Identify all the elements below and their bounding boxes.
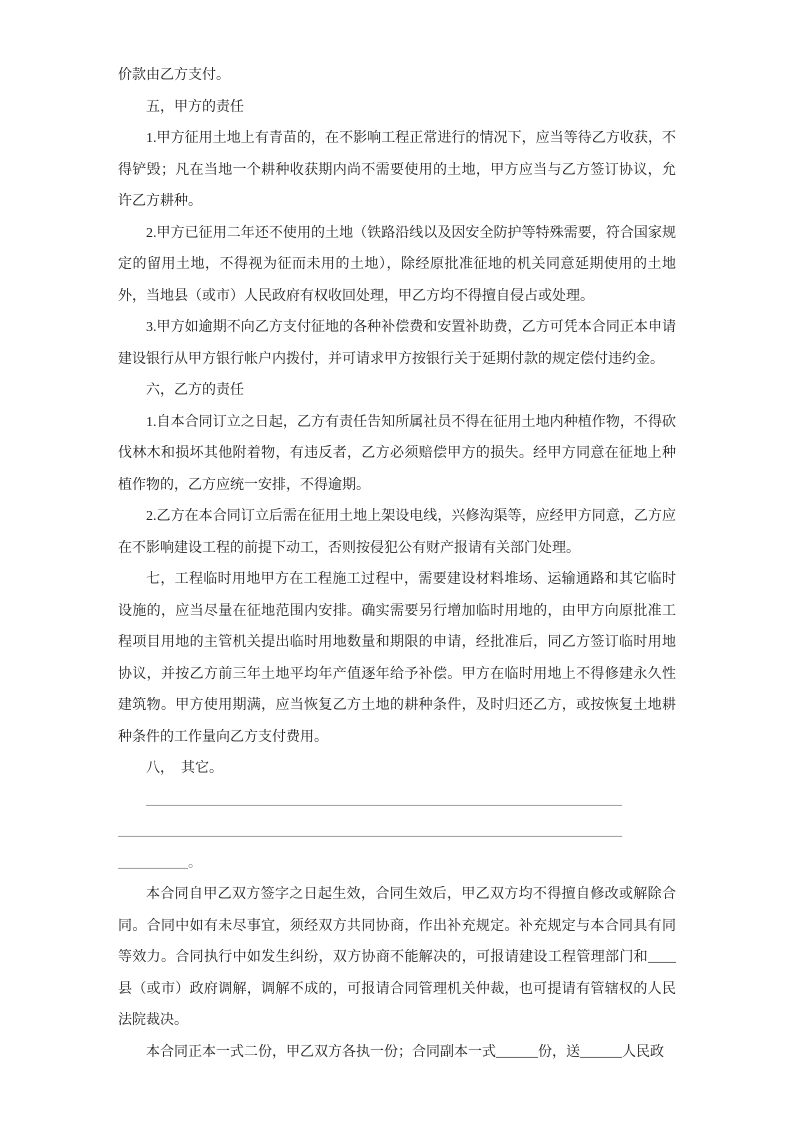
blank-fill-line-3: __________。 — [118, 848, 676, 880]
clause-copies: 本合同正本一式二份，甲乙双方各执一份；合同副本一式______份，送______… — [118, 1037, 676, 1069]
clause-5-2: 2.甲方已征用二年还不使用的土地（铁路沿线以及因安全防护等特殊需要，符合国家规定… — [118, 218, 676, 313]
contract-body: 价款由乙方支付。五，甲方的责任1.甲方征用土地上有青苗的，在不影响工程正常进行的… — [118, 60, 676, 1068]
section-heading-6: 六，乙方的责任 — [118, 375, 676, 407]
section-7-temporary-land: 七，工程临时用地甲方在工程施工过程中，需要建设材料堆场、运输通路和其它临时设施的… — [118, 564, 676, 753]
blank-fill-line-1: ________________________________________… — [118, 785, 676, 817]
clause-effectiveness: 本合同自甲乙双方签字之日起生效，合同生效后，甲乙双方均不得擅自修改或解除合同。合… — [118, 879, 676, 1037]
clause-5-3: 3.甲方如逾期不向乙方支付征地的各种补偿费和安置补助费，乙方可凭本合同正本申请建… — [118, 312, 676, 375]
section-heading-8: 八， 其它。 — [118, 753, 676, 785]
clause-6-1: 1.自本合同订立之日起，乙方有责任告知所属社员不得在征用土地内种植作物，不得砍伐… — [118, 407, 676, 502]
document-page: 价款由乙方支付。五，甲方的责任1.甲方征用土地上有青苗的，在不影响工程正常进行的… — [0, 0, 793, 1122]
clause-5-1: 1.甲方征用土地上有青苗的，在不影响工程正常进行的情况下，应当等待乙方收获，不得… — [118, 123, 676, 218]
clause-6-2: 2.乙方在本合同订立后需在征用土地上架设电线，兴修沟渠等，应经甲方同意，乙方应在… — [118, 501, 676, 564]
clause-continuation: 价款由乙方支付。 — [118, 60, 676, 92]
blank-fill-line-2: ________________________________________… — [118, 816, 676, 848]
section-heading-5: 五，甲方的责任 — [118, 92, 676, 124]
